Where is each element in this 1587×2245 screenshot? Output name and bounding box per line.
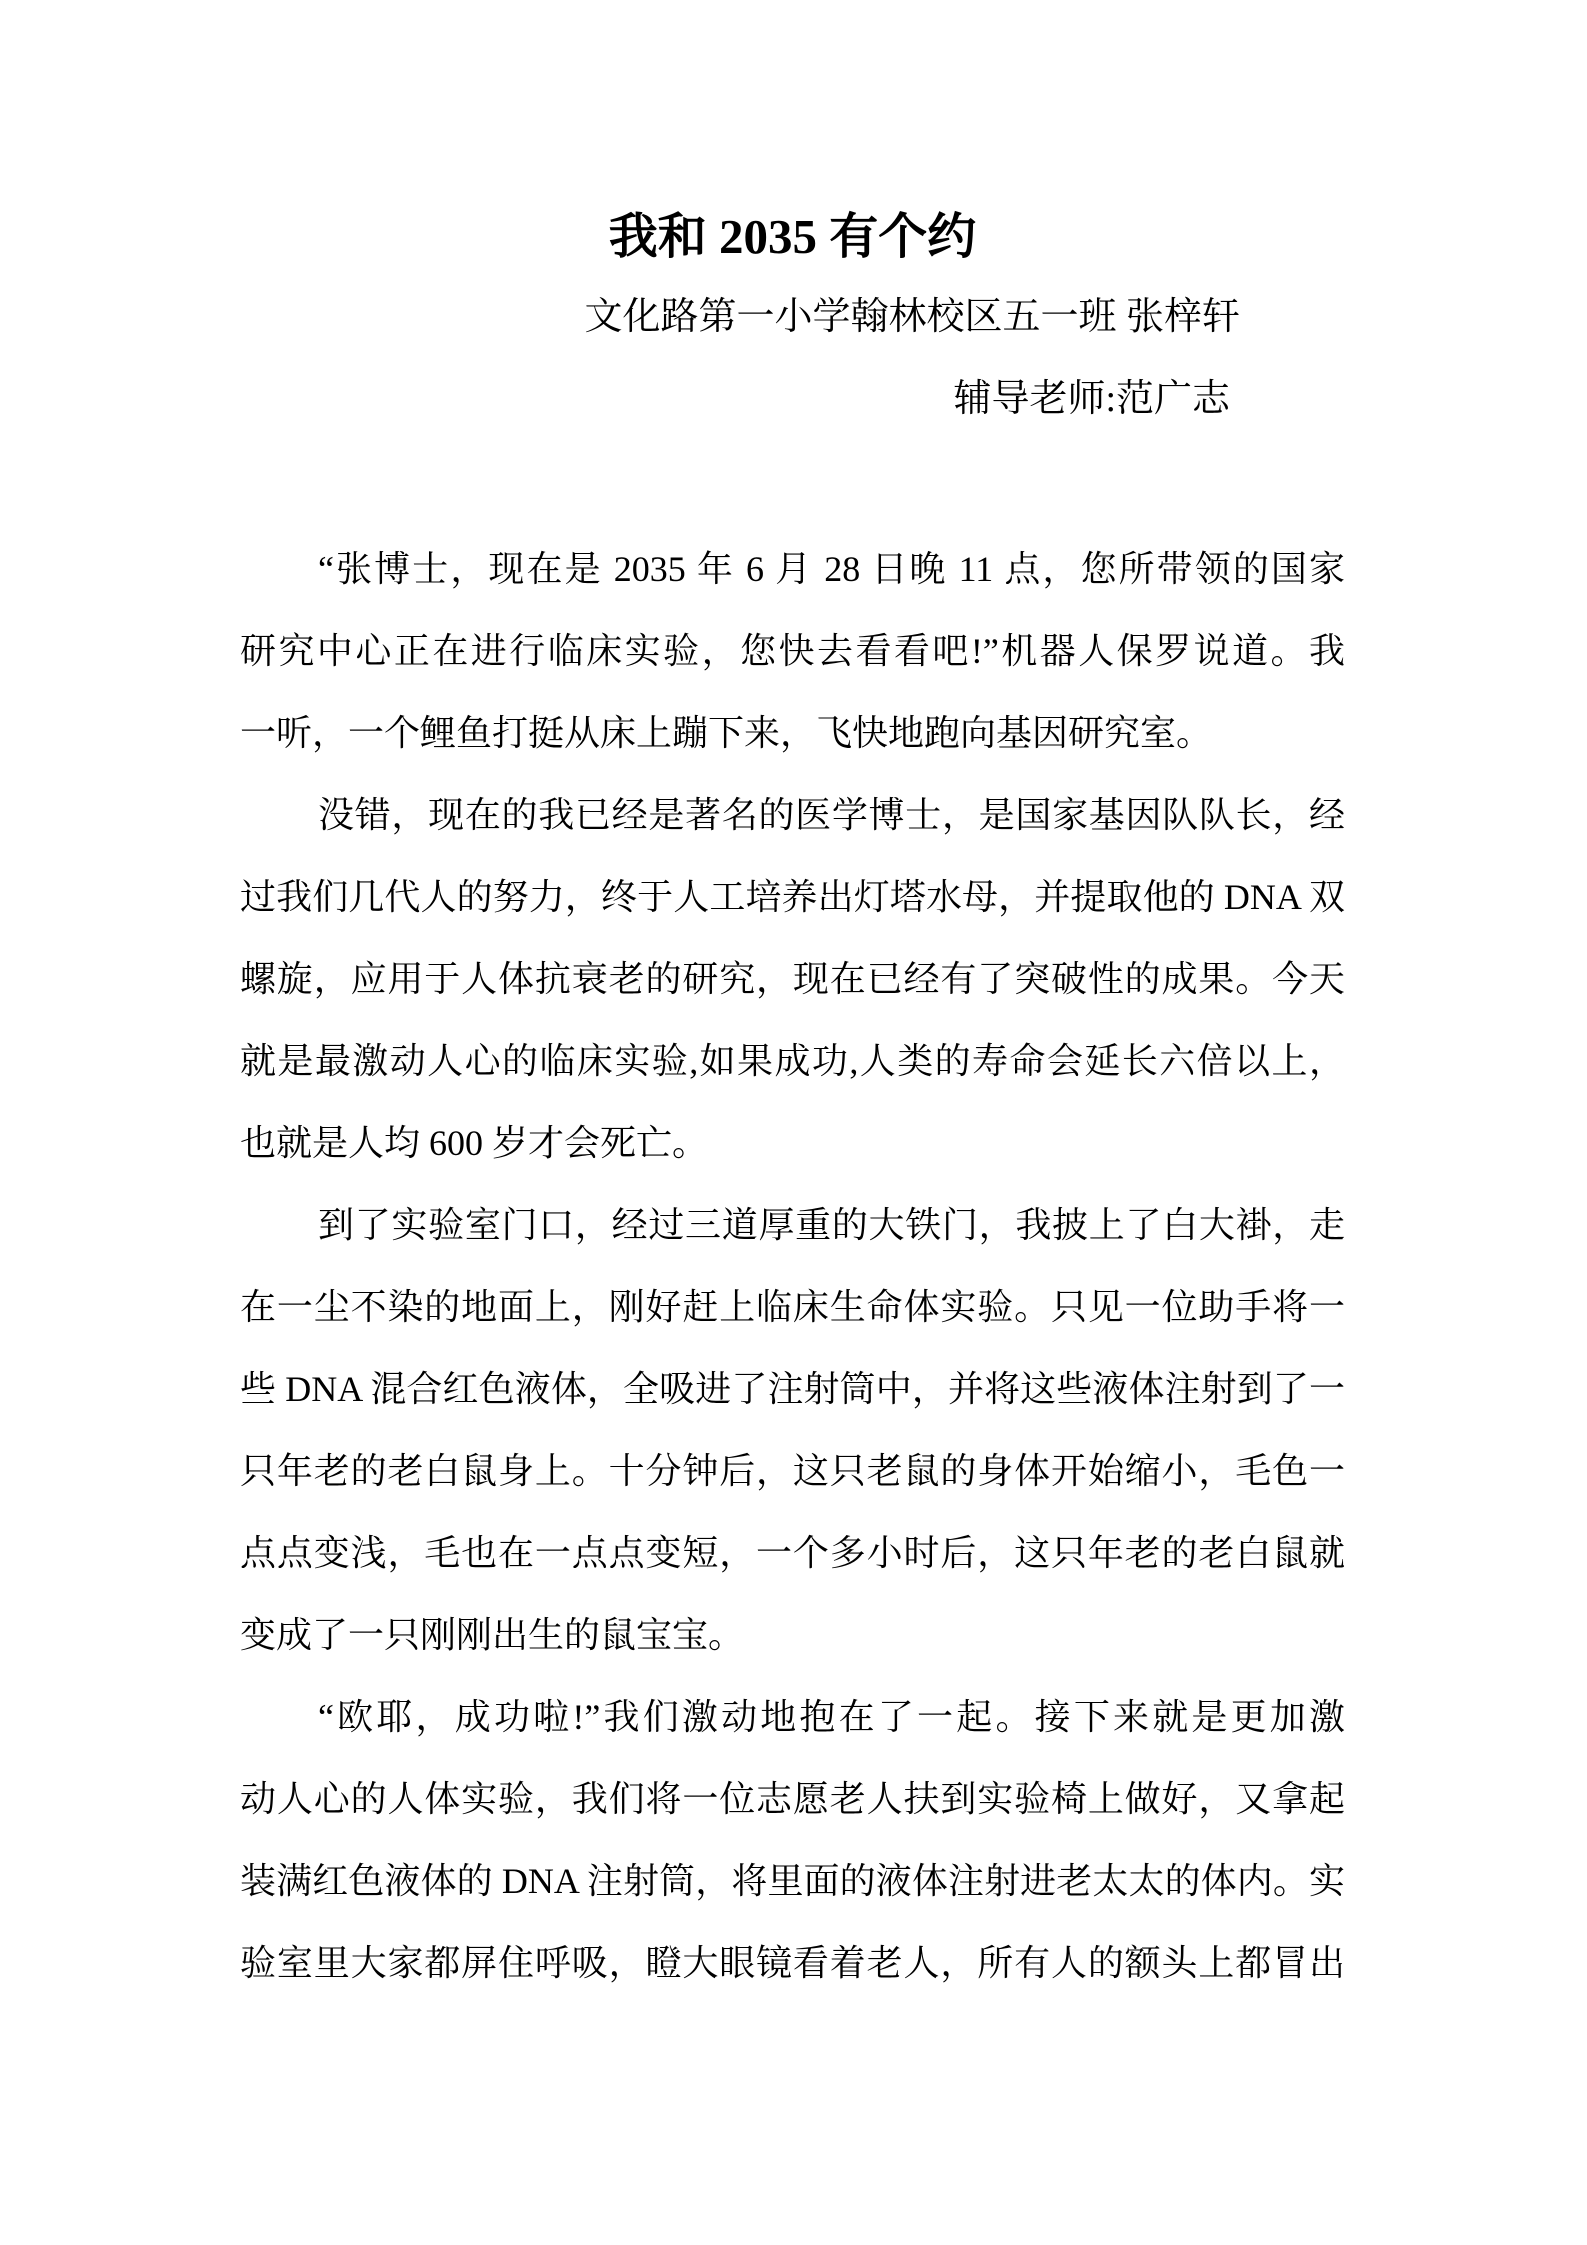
byline-teacher: 辅导老师:范广志 (240, 358, 1345, 440)
text-line: 研究中心正在进行临床实验，您快去看看吧!”机器人保罗说道。我 (240, 610, 1345, 692)
text-line: 装满红色液体的 DNA 注射筒，将里面的液体注射进老太太的体内。实 (240, 1840, 1345, 1922)
text-line: 些 DNA 混合红色液体，全吸进了注射筒中，并将这些液体注射到了一 (240, 1348, 1345, 1430)
text-line: 到了实验室门口，经过三道厚重的大铁门，我披上了白大褂，走 (240, 1184, 1345, 1266)
text-line: 动人心的人体实验，我们将一位志愿老人扶到实验椅上做好，又拿起 (240, 1758, 1345, 1840)
text-line: “欧耶，成功啦!”我们激动地抱在了一起。接下来就是更加激 (240, 1676, 1345, 1758)
text-line: 验室里大家都屏住呼吸，瞪大眼镜看着老人，所有人的额头上都冒出 (240, 1922, 1345, 2004)
essay-body: “张博士，现在是 2035 年 6 月 28 日晚 11 点，您所带领的国家 研… (240, 528, 1345, 2004)
text-line: 过我们几代人的努力，终于人工培养出灯塔水母，并提取他的 DNA 双 (240, 856, 1345, 938)
paragraph: “欧耶，成功啦!”我们激动地抱在了一起。接下来就是更加激 动人心的人体实验，我们… (240, 1676, 1345, 2004)
text-line: 变成了一只刚刚出生的鼠宝宝。 (240, 1594, 1345, 1676)
text-line: 在一尘不染的地面上，刚好赶上临床生命体实验。只见一位助手将一 (240, 1266, 1345, 1348)
text-line: “张博士，现在是 2035 年 6 月 28 日晚 11 点，您所带领的国家 (240, 528, 1345, 610)
byline-school-author: 文化路第一小学翰林校区五一班 张梓轩 (240, 276, 1345, 358)
text-line: 也就是人均 600 岁才会死亡。 (240, 1102, 1345, 1184)
document-page: 我和 2035 有个约 文化路第一小学翰林校区五一班 张梓轩 辅导老师:范广志 … (0, 0, 1587, 2245)
paragraph: 没错，现在的我已经是著名的医学博士，是国家基因队队长，经 过我们几代人的努力，终… (240, 774, 1345, 1184)
text-line: 螺旋，应用于人体抗衰老的研究，现在已经有了突破性的成果。今天 (240, 938, 1345, 1020)
essay-title: 我和 2035 有个约 (240, 204, 1345, 270)
text-line: 点点变浅，毛也在一点点变短，一个多小时后，这只年老的老白鼠就 (240, 1512, 1345, 1594)
paragraph: 到了实验室门口，经过三道厚重的大铁门，我披上了白大褂，走 在一尘不染的地面上，刚… (240, 1184, 1345, 1676)
text-line: 就是最激动人心的临床实验,如果成功,人类的寿命会延长六倍以上， (240, 1020, 1345, 1102)
text-line: 没错，现在的我已经是著名的医学博士，是国家基因队队长，经 (240, 774, 1345, 856)
paragraph: “张博士，现在是 2035 年 6 月 28 日晚 11 点，您所带领的国家 研… (240, 528, 1345, 774)
text-line: 只年老的老白鼠身上。十分钟后，这只老鼠的身体开始缩小，毛色一 (240, 1430, 1345, 1512)
blank-line (240, 440, 1345, 522)
text-line: 一听，一个鲤鱼打挺从床上蹦下来，飞快地跑向基因研究室。 (240, 692, 1345, 774)
